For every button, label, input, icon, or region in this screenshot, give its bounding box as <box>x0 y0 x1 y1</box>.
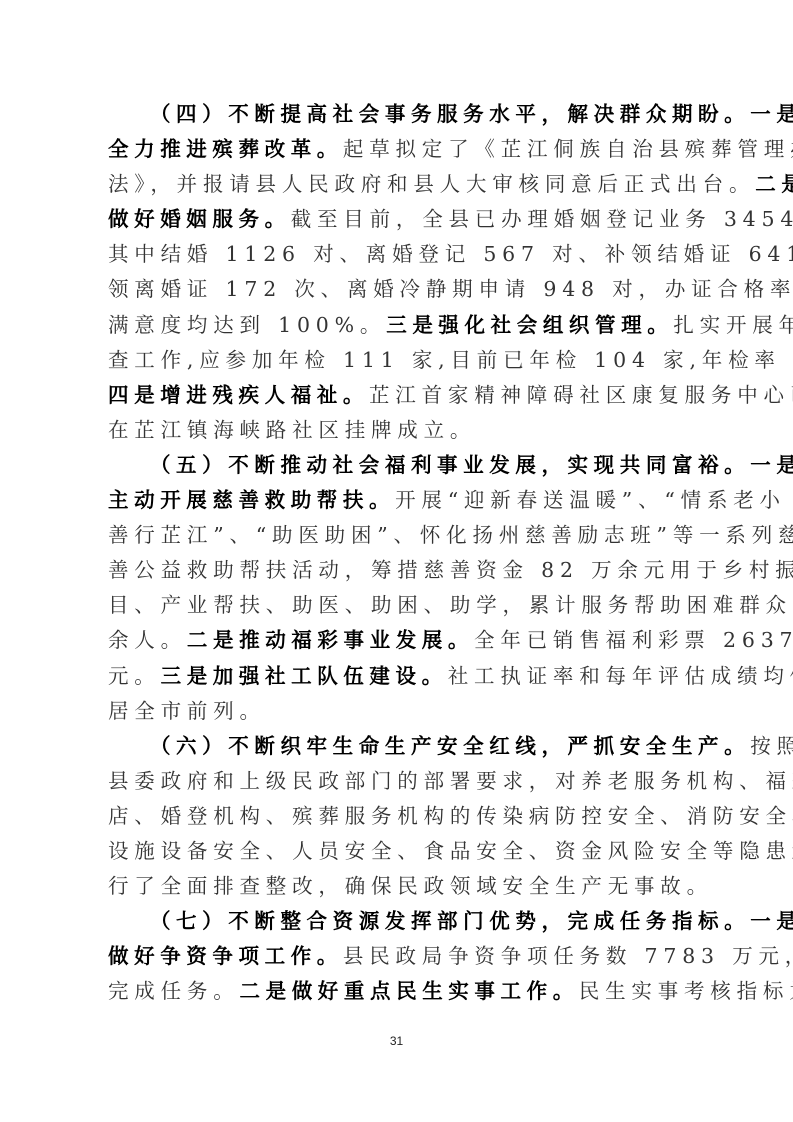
bold-heading-text: （六）不断织牢生命生产安全红线，严抓安全生产。 <box>108 734 750 758</box>
text-line: （五）不断推动社会福利事业发展，实现共同富裕。一是 <box>108 448 680 483</box>
bold-heading-text: 二是推动福彩事业发展。 <box>187 628 474 652</box>
text-line: 其中结婚 1126 对、离婚登记 567 对、补领结婚证 641 对、补 <box>108 237 680 272</box>
text-line-content: （五）不断推动社会福利事业发展，实现共同富裕。一是 <box>108 448 680 483</box>
text-line: 四是增进残疾人福祉。芷江首家精神障碍社区康复服务中心已 <box>108 378 680 413</box>
text-line-content: 县委政府和上级民政部门的部署要求，对养老服务机构、福彩 <box>108 764 680 799</box>
text-line-content: 做好婚姻服务。截至目前，全县已办理婚姻登记业务 3454 对， <box>108 202 680 237</box>
body-text-run: 截至目前，全县已办理婚姻登记业务 3454 对， <box>291 207 793 231</box>
body-text-run: 法》，并报请县人民政府和县人大审核同意后正式出台。 <box>108 172 755 196</box>
body-text-run: 善行芷江”、“助医助困”、怀化扬州慈善励志班”等一系列慈 <box>108 523 793 547</box>
text-line-content: 目、产业帮扶、助医、助困、助学，累计服务帮助困难群众 700 <box>108 588 680 623</box>
text-line-content: 满意度均达到 100%。三是强化社会组织管理。扎实开展年度检 <box>108 308 680 343</box>
body-text-run: 社工执证率和每年评估成绩均位 <box>448 664 793 688</box>
text-line: 元。三是加强社工队伍建设。社工执证率和每年评估成绩均位 <box>108 659 680 694</box>
body-text: （四）不断提高社会事务服务水平，解决群众期盼。一是全力推进殡葬改革。起草拟定了《… <box>108 97 688 1009</box>
body-text-run: 在芷江镇海峡路社区挂牌成立。 <box>108 418 476 442</box>
bold-heading-text: 全力推进殡葬改革。 <box>108 137 343 161</box>
bold-heading-text: 三是加强社工队伍建设。 <box>161 664 448 688</box>
bold-heading-text: 二是 <box>755 172 793 196</box>
text-line: 店、婚登机构、殡葬服务机构的传染病防控安全、消防安全、 <box>108 799 680 834</box>
document-page: （四）不断提高社会事务服务水平，解决群众期盼。一是全力推进殡葬改革。起草拟定了《… <box>0 0 793 1122</box>
text-line: 在芷江镇海峡路社区挂牌成立。 <box>108 413 680 448</box>
bold-heading-text: （七）不断整合资源发挥部门优势，完成任务指标。一是 <box>108 909 793 933</box>
text-line: 完成任务。二是做好重点民生实事工作。民生实事考核指标为 <box>108 974 680 1009</box>
text-line-content: 其中结婚 1126 对、离婚登记 567 对、补领结婚证 641 对、补 <box>108 237 680 272</box>
text-line: 法》，并报请县人民政府和县人大审核同意后正式出台。二是 <box>108 167 680 202</box>
text-line: （六）不断织牢生命生产安全红线，严抓安全生产。按照 <box>108 729 680 764</box>
text-line-content: 查工作,应参加年检 111 家,目前已年检 104 家,年检率 93.7%。 <box>108 343 680 378</box>
body-text-run: 全年已销售福利彩票 2637 万 <box>474 628 793 652</box>
bold-heading-text: 三是强化社会组织管理。 <box>386 313 673 337</box>
text-line-content: 居全市前列。 <box>108 694 680 729</box>
bold-heading-text: （五）不断推动社会福利事业发展，实现共同富裕。一是 <box>108 453 793 477</box>
text-line: 领离婚证 172 次、离婚冷静期申请 948 对，办证合格率、群众 <box>108 272 680 307</box>
body-text-run: 善公益救助帮扶活动，筹措慈善资金 82 万余元用于乡村振兴项 <box>108 558 793 582</box>
text-line-content: 领离婚证 172 次、离婚冷静期申请 948 对，办证合格率、群众 <box>108 272 680 307</box>
body-text-run: 领离婚证 172 次、离婚冷静期申请 948 对，办证合格率、群众 <box>108 277 793 301</box>
body-text-run: 扎实开展年度检 <box>673 313 793 337</box>
text-line-content: 在芷江镇海峡路社区挂牌成立。 <box>108 413 680 448</box>
body-text-run: 芷江首家精神障碍社区康复服务中心已 <box>369 383 793 407</box>
text-line: 余人。二是推动福彩事业发展。全年已销售福利彩票 2637 万 <box>108 623 680 658</box>
text-line: 目、产业帮扶、助医、助困、助学，累计服务帮助困难群众 700 <box>108 588 680 623</box>
body-text-run: 完成任务。 <box>108 979 240 1003</box>
text-line-content: 法》，并报请县人民政府和县人大审核同意后正式出台。二是 <box>108 167 680 202</box>
body-text-run: 行了全面排查整改，确保民政领域安全生产无事故。 <box>108 874 713 898</box>
text-line: 行了全面排查整改，确保民政领域安全生产无事故。 <box>108 869 680 904</box>
body-text-run: 按照 <box>750 734 793 758</box>
text-line-content: （七）不断整合资源发挥部门优势，完成任务指标。一是 <box>108 904 680 939</box>
body-text-run: 县民政局争资争项任务数 7783 万元，已 <box>343 944 793 968</box>
body-text-run: 居全市前列。 <box>108 699 266 723</box>
text-line-content: 店、婚登机构、殡葬服务机构的传染病防控安全、消防安全、 <box>108 799 680 834</box>
bold-heading-text: 做好婚姻服务。 <box>108 207 291 231</box>
body-text-run: 查工作,应参加年检 111 家,目前已年检 104 家,年检率 93.7%。 <box>108 348 793 372</box>
page-number: 31 <box>0 1034 793 1048</box>
text-line-content: （六）不断织牢生命生产安全红线，严抓安全生产。按照 <box>108 729 680 764</box>
text-line-content: 善行芷江”、“助医助困”、怀化扬州慈善励志班”等一系列慈 <box>108 518 680 553</box>
text-line-content: （四）不断提高社会事务服务水平，解决群众期盼。一是 <box>108 97 680 132</box>
text-line-content: 完成任务。二是做好重点民生实事工作。民生实事考核指标为 <box>108 974 680 1009</box>
text-line: 查工作,应参加年检 111 家,目前已年检 104 家,年检率 93.7%。 <box>108 343 680 378</box>
body-text-run: 设施设备安全、人员安全、食品安全、资金风险安全等隐患进 <box>108 839 793 863</box>
text-line-content: 四是增进残疾人福祉。芷江首家精神障碍社区康复服务中心已 <box>108 378 680 413</box>
body-text-run: 满意度均达到 100%。 <box>108 313 386 337</box>
body-text-run: 县委政府和上级民政部门的部署要求，对养老服务机构、福彩 <box>108 769 793 793</box>
text-line-content: 元。三是加强社工队伍建设。社工执证率和每年评估成绩均位 <box>108 659 680 694</box>
text-line: 县委政府和上级民政部门的部署要求，对养老服务机构、福彩 <box>108 764 680 799</box>
body-text-run: 起草拟定了《芷江侗族自治县殡葬管理办 <box>343 137 793 161</box>
bold-heading-text: 主动开展慈善救助帮扶。 <box>108 488 395 512</box>
body-text-run: 其中结婚 1126 对、离婚登记 567 对、补领结婚证 641 对、补 <box>108 242 793 266</box>
text-line: 全力推进殡葬改革。起草拟定了《芷江侗族自治县殡葬管理办 <box>108 132 680 167</box>
text-line: 善行芷江”、“助医助困”、怀化扬州慈善励志班”等一系列慈 <box>108 518 680 553</box>
text-line: （七）不断整合资源发挥部门优势，完成任务指标。一是 <box>108 904 680 939</box>
bold-heading-text: 二是做好重点民生实事工作。 <box>240 979 579 1003</box>
text-line: 做好争资争项工作。县民政局争资争项任务数 7783 万元，已 <box>108 939 680 974</box>
text-line: 主动开展慈善救助帮扶。开展“迎新春送温暖”、“情系老小 <box>108 483 680 518</box>
body-text-run: 店、婚登机构、殡葬服务机构的传染病防控安全、消防安全、 <box>108 804 793 828</box>
text-line-content: 行了全面排查整改，确保民政领域安全生产无事故。 <box>108 869 680 904</box>
text-line-content: 主动开展慈善救助帮扶。开展“迎新春送温暖”、“情系老小 <box>108 483 680 518</box>
text-line-content: 余人。二是推动福彩事业发展。全年已销售福利彩票 2637 万 <box>108 623 680 658</box>
text-line-content: 善公益救助帮扶活动，筹措慈善资金 82 万余元用于乡村振兴项 <box>108 553 680 588</box>
body-text-run: 开展“迎新春送温暖”、“情系老小 <box>395 488 786 512</box>
text-line: 居全市前列。 <box>108 694 680 729</box>
text-line: 做好婚姻服务。截至目前，全县已办理婚姻登记业务 3454 对， <box>108 202 680 237</box>
text-line-content: 全力推进殡葬改革。起草拟定了《芷江侗族自治县殡葬管理办 <box>108 132 680 167</box>
bold-heading-text: 四是增进残疾人福祉。 <box>108 383 369 407</box>
body-text-run: 元。 <box>108 664 161 688</box>
body-text-run: 目、产业帮扶、助医、助困、助学，累计服务帮助困难群众 700 <box>108 593 793 617</box>
text-line: 善公益救助帮扶活动，筹措慈善资金 82 万余元用于乡村振兴项 <box>108 553 680 588</box>
text-line: 设施设备安全、人员安全、食品安全、资金风险安全等隐患进 <box>108 834 680 869</box>
bold-heading-text: 做好争资争项工作。 <box>108 944 343 968</box>
text-line-content: 做好争资争项工作。县民政局争资争项任务数 7783 万元，已 <box>108 939 680 974</box>
bold-heading-text: （四）不断提高社会事务服务水平，解决群众期盼。一是 <box>108 102 793 126</box>
body-text-run: 民生实事考核指标为 <box>579 979 793 1003</box>
body-text-run: 余人。 <box>108 628 187 652</box>
text-line-content: 设施设备安全、人员安全、食品安全、资金风险安全等隐患进 <box>108 834 680 869</box>
text-line: 满意度均达到 100%。三是强化社会组织管理。扎实开展年度检 <box>108 308 680 343</box>
text-line: （四）不断提高社会事务服务水平，解决群众期盼。一是 <box>108 97 680 132</box>
